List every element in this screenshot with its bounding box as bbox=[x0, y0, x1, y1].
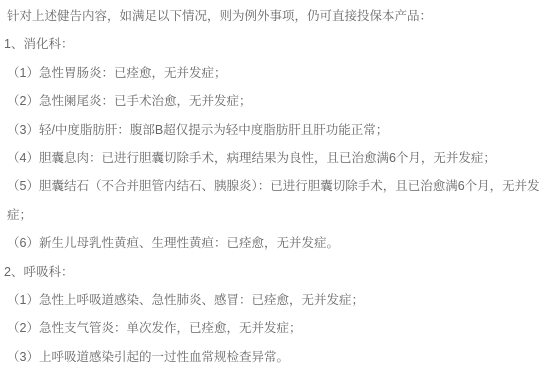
section-heading-respiratory: 2、呼吸科： bbox=[4, 258, 554, 286]
intro-paragraph: 针对上述健告内容，如满足以下情况，则为例外事项，仍可直接投保本产品： bbox=[7, 2, 544, 30]
list-item: （3）轻/中度脂肪肝：腹部B超仅提示为轻中度脂肪肝且肝功能正常； bbox=[7, 116, 550, 144]
list-item: （2）急性阑尾炎：已手术治愈，无并发症； bbox=[7, 87, 550, 115]
list-item: （1）急性上呼吸道感染、急性肺炎、感冒：已痊愈，无并发症； bbox=[7, 286, 550, 314]
list-item: （5）胆囊结石（不合并胆管内结石、胰腺炎）：已进行胆囊切除手术，且已治愈满6个月… bbox=[7, 172, 550, 229]
exemption-clause-document: 针对上述健告内容，如满足以下情况，则为例外事项，仍可直接投保本产品： 1、消化科… bbox=[0, 0, 554, 384]
list-item: （6）新生儿母乳性黄疸、生理性黄疸：已痊愈，无并发症。 bbox=[7, 229, 550, 257]
list-item: （1）急性胃肠炎：已痊愈，无并发症； bbox=[7, 59, 550, 87]
section-heading-digestive: 1、消化科： bbox=[4, 30, 554, 58]
list-item: （2）急性支气管炎：单次发作，已痊愈，无并发症； bbox=[7, 314, 550, 342]
list-item: （3）上呼吸道感染引起的一过性血常规检查异常。 bbox=[7, 343, 550, 371]
list-item: （4）胆囊息肉：已进行胆囊切除手术，病理结果为良性，且已治愈满6个月，无并发症； bbox=[7, 144, 550, 172]
